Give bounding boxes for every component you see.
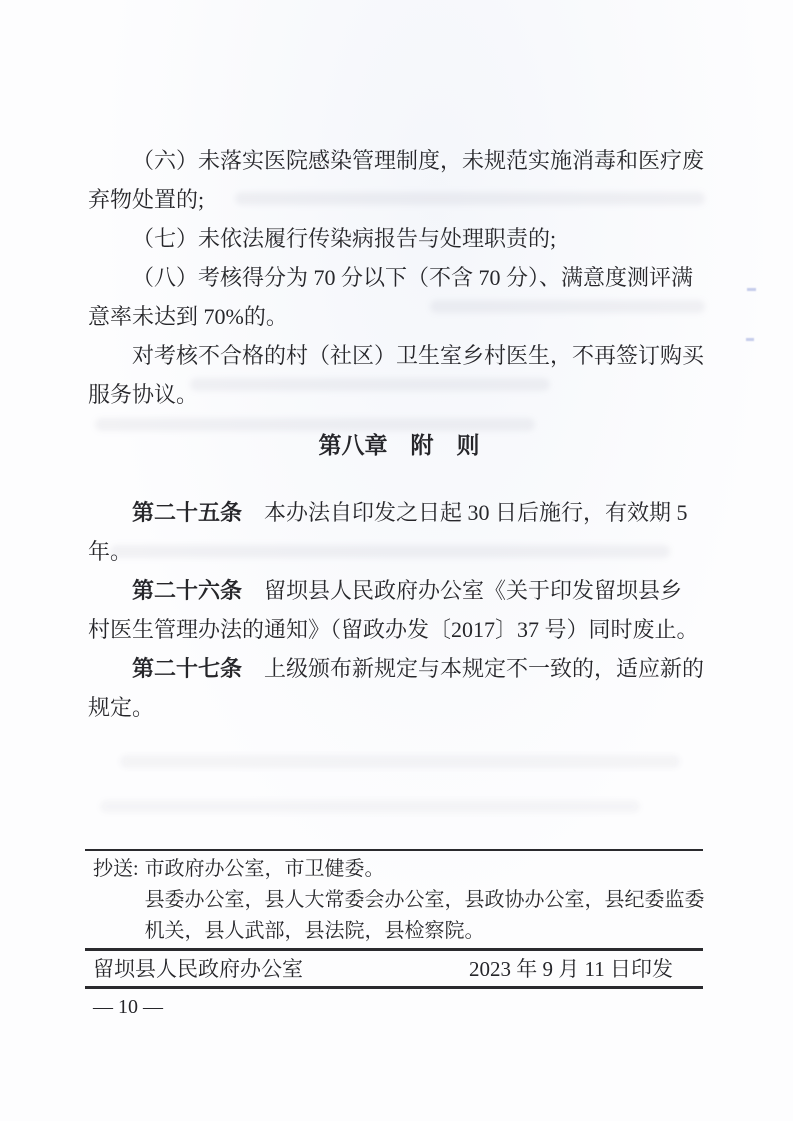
print-date: 2023 年 9 月 11 日印发 (469, 952, 673, 986)
body-line: （七）未依法履行传染病报告与处理职责的; (88, 219, 710, 258)
body-line: （六）未落实医院感染管理制度，未规范实施消毒和医疗废 (88, 141, 710, 180)
body-line: 村医生管理办法的通知》（留政办发〔2017〕37 号）同时废止。 (88, 610, 710, 649)
body-line: 对考核不合格的村（社区）卫生室乡村医生，不再签订购买 (88, 336, 710, 375)
cc-block: 抄送: 市政府办公室，市卫健委。 县委办公室，县人大常委会办公室，县政协办公室，… (93, 854, 705, 947)
article-text: 本办法自印发之日起 30 日后施行，有效期 5 (242, 500, 688, 525)
edge-mark (747, 288, 756, 291)
footer-divider (85, 849, 703, 851)
footer-divider (85, 986, 703, 989)
bleed-through-mark (120, 755, 680, 768)
page-number: — 10 — (93, 995, 163, 1019)
issuer-row: 留坝县人民政府办公室 2023 年 9 月 11 日印发 (85, 952, 703, 986)
body-line: 第二十六条 留坝县人民政府办公室《关于印发留坝县乡 (88, 571, 710, 610)
article-number: 第二十五条 (132, 500, 242, 525)
article-text: 上级颁布新规定与本规定不一致的，适应新的 (242, 656, 704, 681)
body-line: 意率未达到 70%的。 (88, 297, 710, 336)
bleed-through-mark (100, 800, 640, 813)
footer-divider (85, 948, 703, 951)
scanned-document-page: （六）未落实医院感染管理制度，未规范实施消毒和医疗废 弃物处置的; （七）未依法… (0, 0, 793, 1121)
cc-label: 抄送: (93, 854, 139, 885)
body-line: （八）考核得分为 70 分以下（不含 70 分）、满意度测评满 (88, 258, 710, 297)
body-line: 规定。 (88, 688, 710, 727)
issuing-office: 留坝县人民政府办公室 (93, 952, 303, 986)
cc-lines: 市政府办公室，市卫健委。 县委办公室，县人大常委会办公室，县政协办公室，县纪委监… (145, 854, 705, 947)
article-text: 留坝县人民政府办公室《关于印发留坝县乡 (242, 578, 682, 603)
document-body: （六）未落实医院感染管理制度，未规范实施消毒和医疗废 弃物处置的; （七）未依法… (88, 141, 710, 727)
article-number: 第二十六条 (132, 578, 242, 603)
cc-line: 市政府办公室，市卫健委。 (145, 854, 705, 885)
body-line: 年。 (88, 532, 710, 571)
cc-line: 县委办公室，县人大常委会办公室，县政协办公室，县纪委监委 (145, 885, 705, 916)
body-line: 弃物处置的; (88, 180, 710, 219)
article-number: 第二十七条 (132, 656, 242, 681)
edge-mark (746, 338, 754, 341)
cc-line: 机关，县人武部，县法院，县检察院。 (145, 916, 705, 947)
body-line: 第二十五条 本办法自印发之日起 30 日后施行，有效期 5 (88, 493, 710, 532)
chapter-heading: 第八章 附 则 (88, 426, 710, 465)
body-line: 第二十七条 上级颁布新规定与本规定不一致的，适应新的 (88, 649, 710, 688)
body-line: 服务协议。 (88, 375, 710, 414)
